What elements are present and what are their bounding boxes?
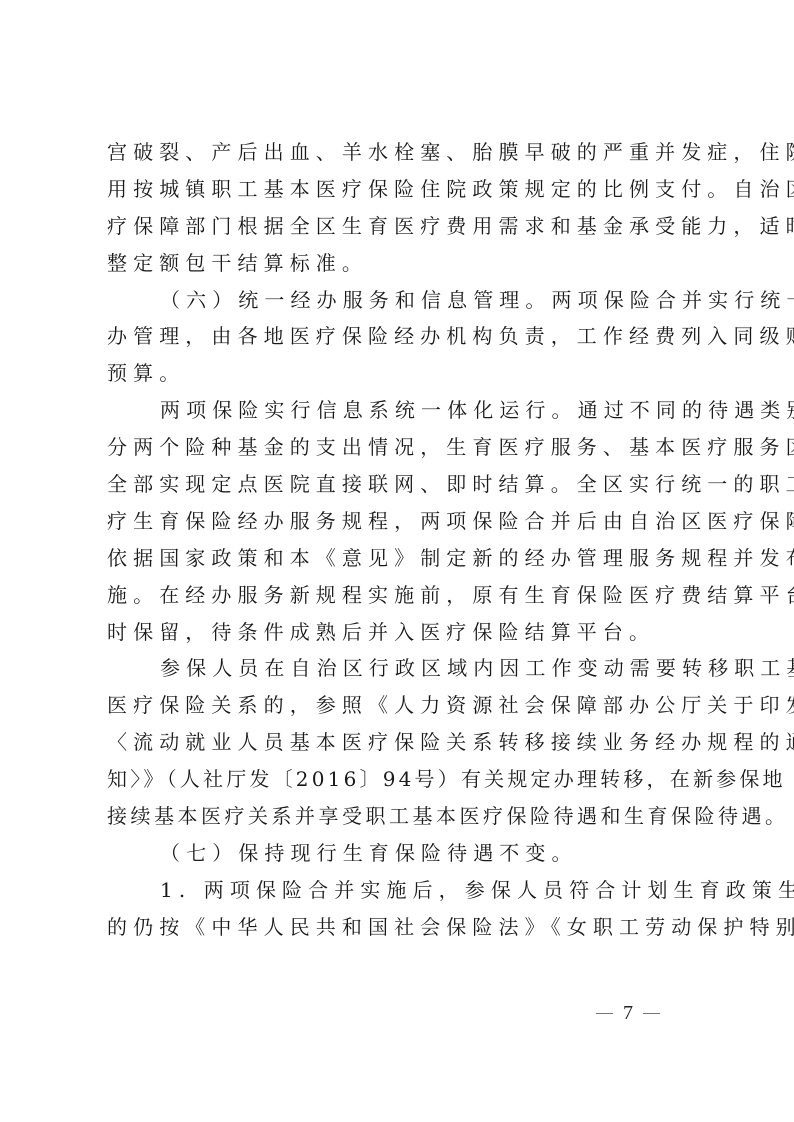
text-line: 〈流动就业人员基本医疗保险关系转移接续业务经办规程的通 [107,724,697,761]
text-line: 分两个险种基金的支出情况，生育医疗服务、基本医疗服务区内 [107,429,697,466]
text-line: 医疗保险关系的，参照《人力资源社会保障部办公厅关于印发 [107,687,697,724]
text-line: 疗生育保险经办服务规程，两项保险合并后由自治区医疗保障局 [107,503,697,540]
text-line: 全部实现定点医院直接联网、即时结算。全区实行统一的职工医 [107,466,697,503]
document-page: 宫破裂、产后出血、羊水栓塞、胎膜早破的严重并发症，住院费 用按城镇职工基本医疗保… [0,0,794,1122]
text-line: 施。在经办服务新规程实施前，原有生育保险医疗费结算平台暂 [107,577,697,614]
text-line: 宫破裂、产后出血、羊水栓塞、胎膜早破的严重并发症，住院费 [107,134,697,171]
text-line: 依据国家政策和本《意见》制定新的经办管理服务规程并发布实 [107,540,697,577]
text-line: 整定额包干结算标准。 [107,245,697,282]
text-line: 办管理，由各地医疗保险经办机构负责，工作经费列入同级财政 [107,318,697,355]
section-heading-7: （七）保持现行生育保险待遇不变。 [107,835,697,872]
body-text: 宫破裂、产后出血、羊水栓塞、胎膜早破的严重并发症，住院费 用按城镇职工基本医疗保… [107,134,697,946]
text-line: 知〉》（人社厅发〔2016〕94号）有关规定办理转移，在新参保地 [107,761,697,798]
dash-right [643,1013,660,1014]
paragraph-start: 参保人员在自治区行政区域内因工作变动需要转移职工基本 [107,650,697,687]
text-line: 预算。 [107,355,697,392]
text-line: 接续基本医疗关系并享受职工基本医疗保险待遇和生育保险待遇。 [107,798,697,835]
text-line: 时保留，待条件成熟后并入医疗保险结算平台。 [107,614,697,651]
dash-left [596,1013,613,1014]
text-line: 用按城镇职工基本医疗保险住院政策规定的比例支付。自治区医 [107,171,697,208]
paragraph-start: 1. 两项保险合并实施后，参保人员符合计划生育政策生育 [107,872,697,909]
text-line: 的仍按《中华人民共和国社会保险法》《女职工劳动保护特别规 [107,909,697,946]
paragraph-start: 两项保险实行信息系统一体化运行。通过不同的待遇类别区 [107,392,697,429]
page-number: 7 [596,1002,660,1025]
page-number-value: 7 [623,1002,633,1025]
section-heading-6: （六）统一经办服务和信息管理。两项保险合并实行统一经 [107,282,697,319]
text-line: 疗保障部门根据全区生育医疗费用需求和基金承受能力，适时调 [107,208,697,245]
